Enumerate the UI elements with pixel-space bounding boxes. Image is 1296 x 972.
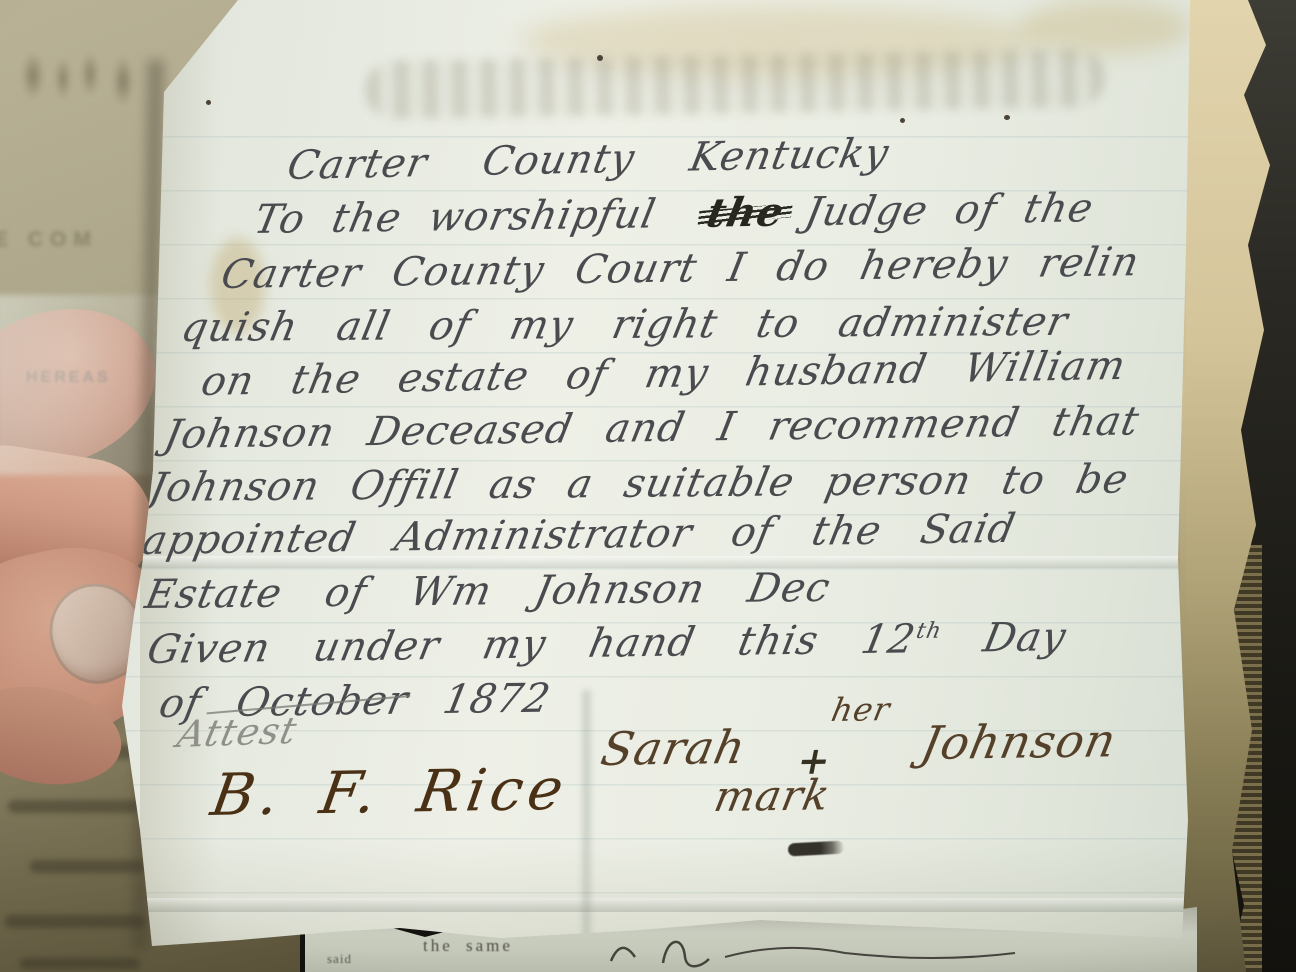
- witness-signature: B. F. Rice: [207, 760, 572, 824]
- photo-of-handwritten-letter: E COM HEREAS said the same: [0, 0, 1296, 972]
- faded-blackletter-smudge: [6, 28, 156, 120]
- signer-last-name: Johnson: [917, 717, 1120, 766]
- loose-letter-paper: Carter County Kentucky To the worshipful…: [0, 0, 1296, 972]
- her-word: her: [829, 693, 893, 726]
- letter-line-2: To the worshipful the Judge of the: [251, 188, 1097, 240]
- handwriting-squiggle: [605, 931, 1025, 971]
- faint-paragraph-line: [30, 860, 145, 873]
- printed-text-said: said: [327, 951, 352, 967]
- letter-line-10-tail: Day: [979, 614, 1070, 661]
- speck: [1004, 115, 1010, 120]
- faint-paragraph-line: [8, 800, 140, 813]
- faint-paragraph-line: [5, 915, 145, 928]
- letter-line-7: Johnson Offill as a suitable person to b…: [146, 459, 1132, 508]
- attest-label: Attest: [174, 712, 300, 753]
- speck: [206, 100, 211, 105]
- letter-line-1: Carter County Kentucky: [284, 133, 892, 186]
- letter-line-2-prefix: To the worshipful: [251, 194, 659, 240]
- superscript-th: th: [914, 619, 944, 644]
- stain: [1020, 0, 1190, 55]
- book-page-torn-edge: [1186, 0, 1282, 972]
- letter-line-9: Estate of Wm Johnson Dec: [142, 568, 834, 615]
- translucent-paper-overlap: [0, 295, 161, 475]
- letter-line-8: appointed Administrator of the Said: [139, 509, 1019, 561]
- printed-text-the-same: the same: [423, 936, 513, 956]
- signer-first-name: Sarah: [597, 724, 750, 772]
- speck: [900, 118, 905, 123]
- struck-out-word: the: [703, 193, 787, 234]
- letter-line-2-suffix: Judge of the: [802, 188, 1097, 232]
- mark-word: mark: [711, 774, 834, 818]
- speck: [597, 55, 603, 61]
- letter-line-4: quish all of my right to administer: [178, 302, 1072, 348]
- faded-print-fragment: E COM: [0, 228, 124, 252]
- faint-paragraph-line: [20, 958, 140, 969]
- ink-bleedthrough-smudge: [365, 49, 1106, 120]
